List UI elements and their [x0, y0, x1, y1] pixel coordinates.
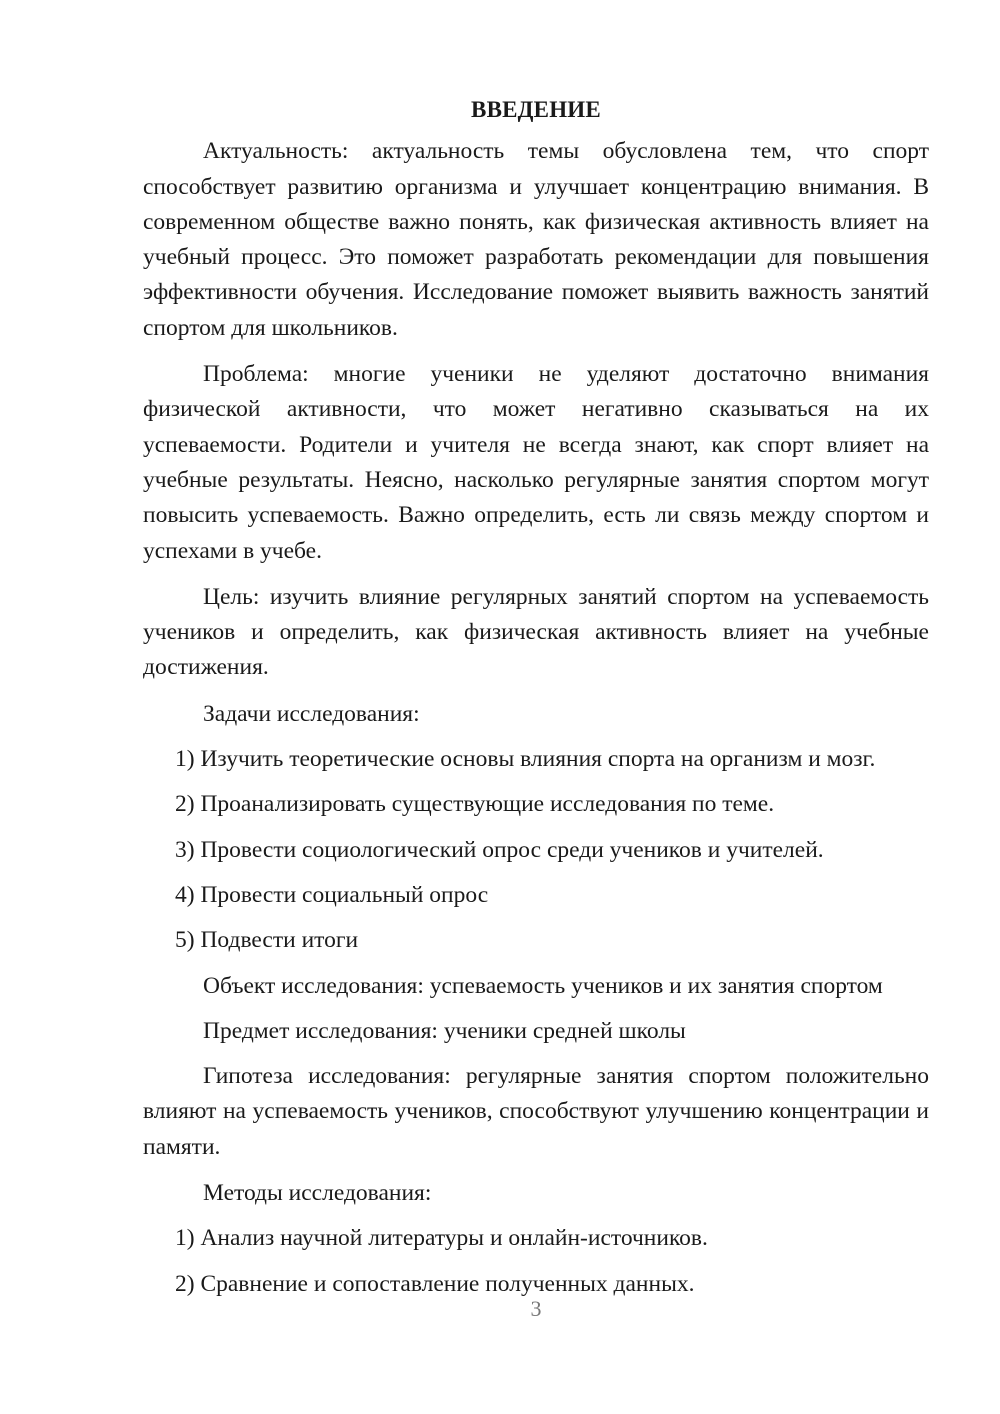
section-heading: ВВЕДЕНИЕ: [143, 92, 929, 127]
task-item: 2) Проанализировать существующие исследо…: [175, 787, 929, 822]
task-item: 4) Провести социальный опрос: [175, 878, 929, 913]
page-content: ВВЕДЕНИЕ Актуальность: актуальность темы…: [143, 92, 929, 1312]
tasks-list: 1) Изучить теоретические основы влияния …: [143, 742, 929, 958]
research-subject: Предмет исследования: ученики средней шк…: [203, 1014, 929, 1049]
method-item: 1) Анализ научной литературы и онлайн-ис…: [175, 1221, 929, 1256]
task-item: 5) Подвести итоги: [175, 923, 929, 958]
relevance-paragraph: Актуальность: актуальность темы обусловл…: [143, 134, 929, 346]
document-page: ВВЕДЕНИЕ Актуальность: актуальность темы…: [0, 0, 1000, 1414]
page-number: 3: [0, 1296, 1000, 1322]
hypothesis-paragraph: Гипотеза исследования: регулярные заняти…: [143, 1059, 929, 1165]
research-object: Объект исследования: успеваемость ученик…: [203, 969, 929, 1004]
goal-paragraph: Цель: изучить влияние регулярных занятий…: [143, 580, 929, 686]
tasks-title: Задачи исследования:: [203, 697, 929, 732]
task-item: 1) Изучить теоретические основы влияния …: [175, 742, 929, 777]
methods-list: 1) Анализ научной литературы и онлайн-ис…: [143, 1221, 929, 1302]
methods-title: Методы исследования:: [203, 1176, 929, 1211]
task-item: 3) Провести социологический опрос среди …: [175, 833, 929, 868]
problem-paragraph: Проблема: многие ученики не уделяют дост…: [143, 357, 929, 569]
